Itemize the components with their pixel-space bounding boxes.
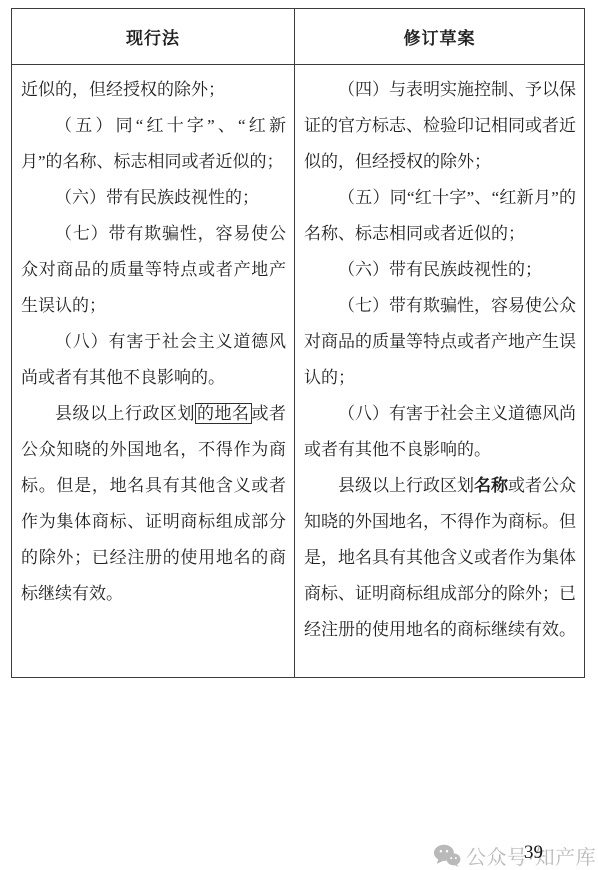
text-run: 近似的，但经授权的除外； [21, 80, 225, 99]
text-run: （七）带有欺骗性，容易使公众对商品的质量等特点或者产地产生误认的； [304, 296, 576, 387]
column-header-revised-draft: 修订草案 [295, 9, 584, 65]
paragraph: （五）同“红十字”、“红新月”的名称、标志相同或者近似的； [304, 180, 576, 252]
document-page: 现行法 修订草案 近似的，但经授权的除外；（五）同“红十字”、“红新月”的名称、… [0, 0, 598, 870]
text-run: 县级以上行政区划 [338, 476, 474, 495]
text-run: （七）带有欺骗性，容易使公众对商品的质量等特点或者产地产生误认的； [21, 224, 286, 315]
paragraph: （四）与表明实施控制、予以保证的官方标志、检验印记相同或者近似的，但经授权的除外… [304, 72, 576, 180]
text-run: （五）同“红十字”、“红新月”的名称、标志相同或者近似的； [304, 188, 576, 243]
paragraph: （五）同“红十字”、“红新月”的名称、标志相同或者近似的； [21, 108, 286, 180]
text-run: （六）带有民族歧视性的； [55, 188, 259, 207]
watermark: 公众号·知产库 [433, 841, 596, 870]
text-run: 或者公众知晓的外国地名，不得作为商标。但是，地名具有其他含义或者作为集体商标、证… [304, 476, 576, 639]
paragraph: （八）有害于社会主义道德风尚或者有其他不良影响的。 [304, 396, 576, 468]
paragraph: （七）带有欺骗性，容易使公众对商品的质量等特点或者产地产生误认的； [21, 216, 286, 324]
text-run: （四）与表明实施控制、予以保证的官方标志、检验印记相同或者近似的，但经授权的除外… [304, 80, 576, 171]
bold-text-run: 名称 [474, 476, 508, 495]
comparison-table: 现行法 修订草案 近似的，但经授权的除外；（五）同“红十字”、“红新月”的名称、… [11, 8, 585, 678]
text-run: （八）有害于社会主义道德风尚或者有其他不良影响的。 [21, 332, 286, 387]
paragraph: （七）带有欺骗性，容易使公众对商品的质量等特点或者产地产生误认的； [304, 288, 576, 396]
paragraph: （八）有害于社会主义道德风尚或者有其他不良影响的。 [21, 324, 286, 396]
paragraph: 近似的，但经授权的除外； [21, 72, 286, 108]
paragraph: 县级以上行政区划的地名或者公众知晓的外国地名，不得作为商标。但是，地名具有其他含… [21, 396, 286, 612]
text-run: （六）带有民族歧视性的； [338, 260, 542, 279]
column-header-current-law: 现行法 [12, 9, 295, 65]
wechat-icon [433, 844, 461, 867]
paragraph: 县级以上行政区划名称或者公众知晓的外国地名，不得作为商标。但是，地名具有其他含义… [304, 468, 576, 648]
current-law-cell: 近似的，但经授权的除外；（五）同“红十字”、“红新月”的名称、标志相同或者近似的… [12, 65, 295, 677]
text-run: 或者公众知晓的外国地名，不得作为商标。但是，地名具有其他含义或者作为集体商标、证… [21, 404, 286, 603]
boxed-text-run: 的地名 [195, 403, 252, 424]
revised-draft-cell: （四）与表明实施控制、予以保证的官方标志、检验印记相同或者近似的，但经授权的除外… [295, 65, 584, 677]
page-number: 39 [524, 842, 543, 864]
text-run: （五）同“红十字”、“红新月”的名称、标志相同或者近似的； [21, 116, 286, 171]
text-run: （八）有害于社会主义道德风尚或者有其他不良影响的。 [304, 404, 576, 459]
text-run: 县级以上行政区划 [55, 404, 195, 423]
paragraph: （六）带有民族歧视性的； [304, 252, 576, 288]
paragraph: （六）带有民族歧视性的； [21, 180, 286, 216]
